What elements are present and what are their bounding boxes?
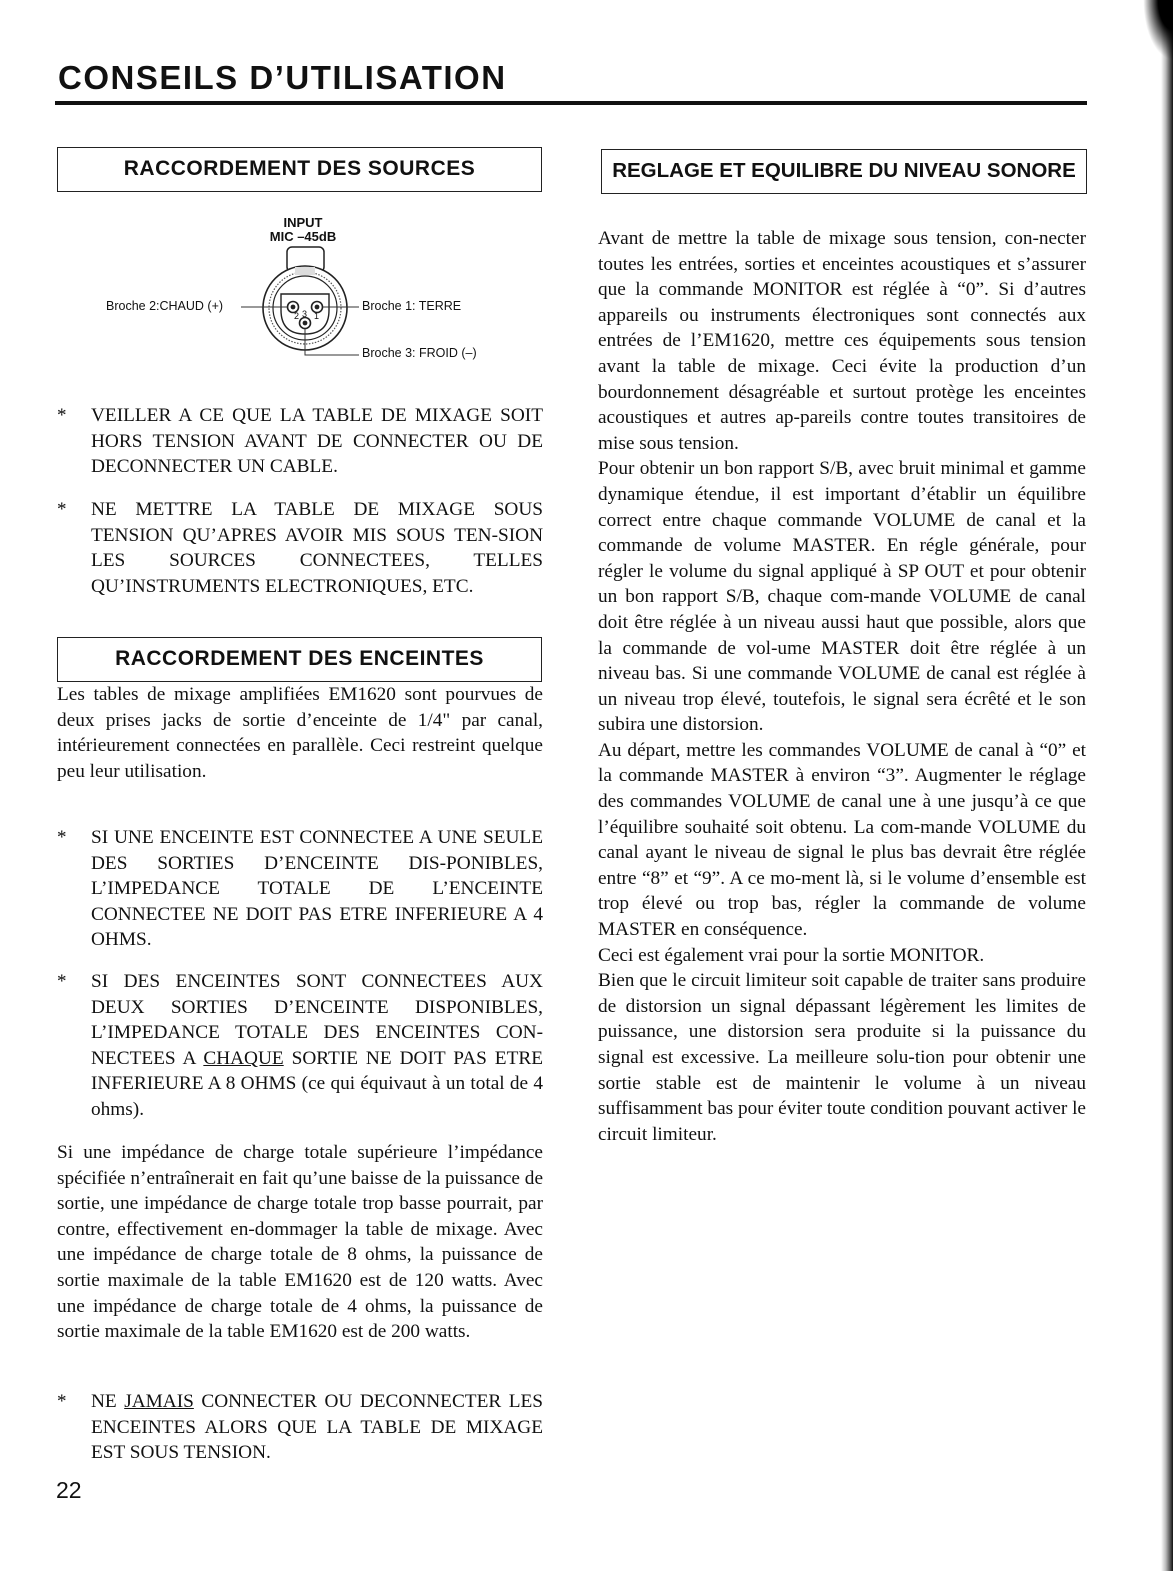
pin-number-2: 2 (294, 311, 299, 321)
enceintes-intro-paragraph: Les tables de mixage amplifiées EM1620 s… (57, 682, 543, 784)
asterisk-bullet: * (57, 403, 67, 429)
paragraph-limiter: Bien que le circuit limiteur soit capabl… (598, 968, 1086, 1147)
page-corner-shadow (1143, 0, 1173, 60)
asterisk-bullet: * (57, 1389, 67, 1415)
xlr-connector-diagram: INPUT MIC –45dB 2 3 1 (95, 210, 515, 375)
pin-number-1: 1 (314, 311, 319, 321)
warning-bullet-never-hotplug: * NE JAMAIS CONNECTER OU DECONNECTER LES… (57, 1389, 543, 1469)
paragraph-power-on: Avant de mettre la table de mixage sous … (598, 226, 1086, 456)
reglage-body: Avant de mettre la table de mixage sous … (598, 226, 1086, 1147)
emphasis-underlined: JAMAIS (124, 1391, 194, 1412)
manual-page: CONSEILS D’UTILISATION RACCORDEMENT DES … (0, 0, 1173, 1571)
pin-number-3: 3 (302, 309, 307, 319)
page-edge-shadow (1161, 0, 1173, 1571)
bullet-text: VEILLER A CE QUE LA TABLE DE MIXAGE SOIT… (91, 403, 543, 480)
title-rule (55, 101, 1087, 105)
section-heading-sources: RACCORDEMENT DES SOURCES (57, 147, 542, 192)
page-title: CONSEILS D’UTILISATION (58, 58, 507, 98)
asterisk-bullet: * (57, 497, 67, 523)
emphasis-underlined: CHAQUE (203, 1048, 283, 1069)
warning-bullet-power-order: * NE METTRE LA TABLE DE MIXAGE SOUS TENS… (57, 497, 543, 602)
paragraph-initial-settings: Au départ, mettre les commandes VOLUME d… (598, 738, 1086, 943)
warning-bullet-power-off: * VEILLER A CE QUE LA TABLE DE MIXAGE SO… (57, 403, 543, 483)
paragraph-text: Si une impédance de charge totale supéri… (57, 1140, 543, 1345)
impedance-paragraph: Si une impédance de charge totale supéri… (57, 1140, 543, 1345)
pin2-label: Broche 2:CHAUD (+) (106, 299, 223, 313)
pin1-label: Broche 1: TERRE (362, 299, 461, 313)
bullet-text: SI UNE ENCEINTE EST CONNECTEE A UNE SEUL… (91, 825, 543, 953)
warning-bullet-single-speaker: * SI UNE ENCEINTE EST CONNECTEE A UNE SE… (57, 825, 543, 955)
section-heading-reglage: REGLAGE ET EQUILIBRE DU NIVEAU SONORE (601, 149, 1087, 194)
asterisk-bullet: * (57, 825, 67, 851)
bullet-text: NE METTRE LA TABLE DE MIXAGE SOUS TENSIO… (91, 497, 543, 599)
bullet-text: NE JAMAIS CONNECTER OU DECONNECTER LES E… (91, 1389, 543, 1466)
section-heading-enceintes: RACCORDEMENT DES ENCEINTES (57, 637, 542, 682)
paragraph-snr-balance: Pour obtenir un bon rapport S/B, avec br… (598, 456, 1086, 738)
asterisk-bullet: * (57, 969, 67, 995)
pin3-label: Broche 3: FROID (–) (362, 346, 477, 360)
paragraph-monitor: Ceci est également vrai pour la sortie M… (598, 943, 1086, 969)
paragraph-text: Les tables de mixage amplifiées EM1620 s… (57, 682, 543, 784)
bullet-text: SI DES ENCEINTES SONT CONNECTEES AUX DEU… (91, 969, 543, 1123)
text-segment: NE (91, 1391, 124, 1412)
warning-bullet-two-speakers: * SI DES ENCEINTES SONT CONNECTEES AUX D… (57, 969, 543, 1129)
page-number: 22 (56, 1477, 82, 1504)
